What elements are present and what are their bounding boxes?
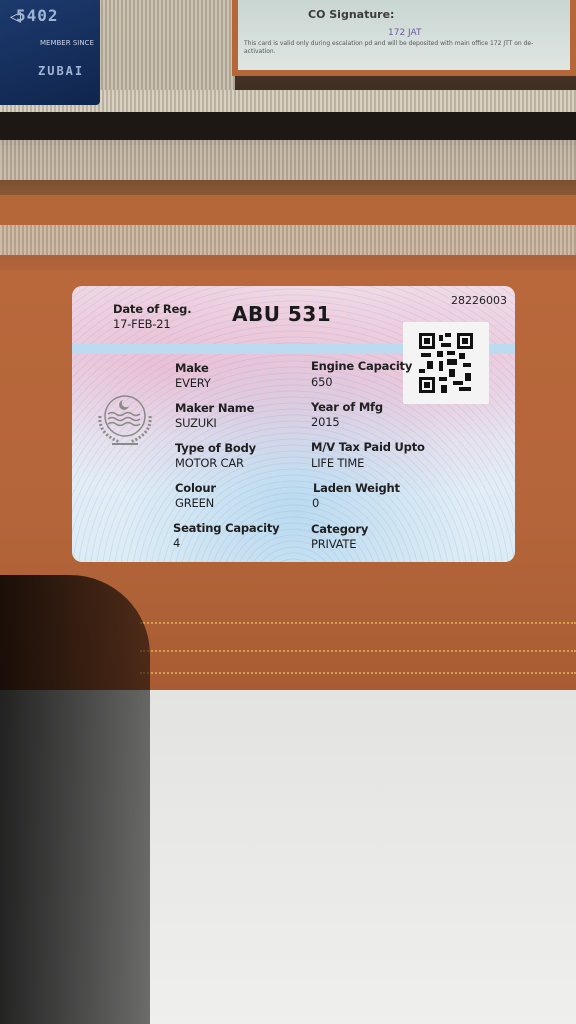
year-of-mfg-label: Year of Mfg (311, 400, 383, 414)
make-value: EVERY (175, 376, 211, 390)
photo-scene: ◁ 5402 MEMBER SINCE ZUBAI CO Signature: … (0, 0, 576, 1024)
punjab-emblem-icon (90, 386, 160, 456)
qr-code-icon (403, 322, 489, 404)
frayed-lining (0, 225, 576, 255)
frayed-lining (95, 0, 235, 100)
date-of-reg-label: Date of Reg. (113, 302, 191, 316)
type-of-body-value: MOTOR CAR (175, 456, 244, 470)
stamp-text: 172 JAT (388, 28, 422, 38)
category-value: PRIVATE (311, 537, 356, 551)
tax-paid-upto-value: LIFE TIME (311, 456, 364, 470)
signature-label: CO Signature: (308, 8, 394, 21)
colour-value: GREEN (175, 496, 214, 510)
engine-capacity-label: Engine Capacity (311, 359, 412, 373)
seating-capacity-value: 4 (173, 536, 180, 550)
maker-name-value: SUZUKI (175, 416, 217, 430)
cardholder-fragment: ZUBAI (38, 64, 84, 78)
type-of-body-label: Type of Body (175, 441, 256, 455)
serial-number: 28226003 (451, 294, 507, 307)
blue-membership-card: ◁ 5402 MEMBER SINCE ZUBAI (0, 0, 100, 105)
id-card-window: CO Signature: 172 JAT This card is valid… (232, 0, 576, 76)
year-of-mfg-value: 2015 (311, 415, 339, 429)
laden-weight-label: Laden Weight (313, 481, 400, 495)
category-label: Category (311, 522, 368, 536)
stitching (140, 622, 576, 624)
hand-shadow (0, 575, 150, 1024)
member-since-label: MEMBER SINCE (40, 40, 94, 47)
date-of-reg-value: 17-FEB-21 (113, 317, 171, 331)
vehicle-registration-card: Date of Reg. 17-FEB-21 ABU 531 28226003 (72, 286, 515, 562)
colour-label: Colour (175, 481, 216, 495)
tax-paid-upto-label: M/V Tax Paid Upto (311, 440, 425, 454)
validity-note: This card is valid only during escalatio… (244, 40, 564, 56)
frayed-lining (0, 140, 576, 180)
make-label: Make (175, 361, 209, 375)
leather-strip (0, 195, 576, 225)
stitching (140, 672, 576, 674)
laden-weight-value: 0 (312, 496, 319, 510)
card-number-fragment: 5402 (16, 6, 59, 25)
seating-capacity-label: Seating Capacity (173, 521, 279, 535)
stitching (140, 650, 576, 652)
registration-number: ABU 531 (232, 302, 331, 326)
engine-capacity-value: 650 (311, 375, 332, 389)
maker-name-label: Maker Name (175, 401, 254, 415)
